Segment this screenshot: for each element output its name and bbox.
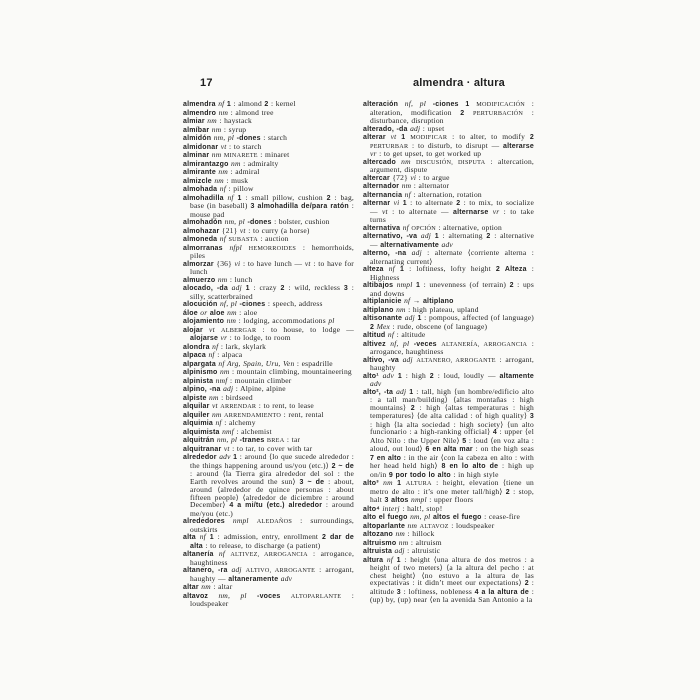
italic-label: vr — [370, 149, 377, 158]
bold-text: alpiste — [183, 395, 207, 402]
bold-text: almoneda — [183, 236, 217, 243]
small-caps-xref: HEMORROIDES — [249, 245, 296, 252]
small-caps-xref: ALTANERO, ARROGANTE — [416, 357, 495, 364]
bold-text: alta — [183, 534, 196, 541]
dictionary-entry: altavoz nm, pl -voces ALTOPARLANTE : lou… — [183, 592, 354, 608]
small-caps-xref: ALTIVEZ, ARROGANCIA — [230, 551, 307, 558]
dictionary-entry: almirantazgo nm : admiralty — [183, 160, 354, 169]
bold-text: alternador — [363, 183, 399, 190]
entry-columns: almendra nf 1 : almond 2 : kernelalmendr… — [183, 100, 535, 627]
bold-text: almiar — [183, 118, 205, 125]
bold-text: almohada — [183, 186, 217, 193]
bold-text: altitud — [363, 332, 385, 339]
bold-text: almizcle — [183, 178, 212, 185]
bold-text: alpargata — [183, 361, 216, 368]
plain-text: {36} — [214, 259, 235, 268]
small-caps-xref: PERTURBACIÓN — [473, 110, 523, 117]
dictionary-page: 17 almendra · altura almendra nf 1 : alm… — [0, 0, 700, 700]
plain-text: : to get upset, to get worked up — [377, 149, 482, 158]
plain-text: : small pillow, cushion — [242, 193, 327, 202]
bold-text: alternarse — [453, 209, 488, 216]
dictionary-entry: almidón nm, pl -dones : starch — [183, 134, 354, 143]
dictionary-entry: alteración nf, pl -ciones 1 MODIFICACIÓN… — [363, 100, 534, 125]
bold-text: aloe — [210, 310, 225, 317]
bold-text: altiplano — [363, 307, 394, 314]
bold-text: alto el fuego — [363, 514, 408, 521]
dictionary-entry: alquiler nm ARRENDAMIENTO : rent, rental — [183, 411, 354, 420]
guide-words: almendra · altura — [413, 77, 533, 90]
bold-text: almíbar — [183, 127, 209, 134]
left-column: almendra nf 1 : almond 2 : kernelalmendr… — [183, 100, 354, 627]
dictionary-entry: alocado, -da adj 1 : crazy 2 : wild, rec… — [183, 284, 354, 300]
italic-label: adj — [417, 231, 435, 240]
dictionary-entry: altozano nm : hillock — [363, 530, 534, 539]
plain-text: : to have lunch — — [240, 259, 305, 268]
bold-text: 2 — [460, 110, 473, 117]
italic-label: nmpl — [225, 516, 257, 525]
dictionary-entry: alto², -ta adj 1 : tall, high ⟨un hombre… — [363, 388, 534, 480]
dictionary-entry: alojar vt ALBERGAR : to house, to lodge … — [183, 326, 354, 343]
dictionary-entry: alta nf 1 : admission, entry, enrollment… — [183, 533, 354, 550]
bold-text: alquimia — [183, 420, 213, 427]
bold-text: 4 a mi/tu (etc.) alrededor — [229, 502, 322, 509]
dictionary-entry: altivo, -va adj ALTANERO, ARROGANTE : ar… — [363, 356, 534, 372]
italic-label: adj — [399, 355, 416, 364]
plain-text: : to alternate — — [388, 207, 453, 216]
bold-text: alquiler — [183, 412, 210, 419]
dictionary-entry: almohadilla nf 1 : small pillow, cushion… — [183, 194, 354, 219]
dictionary-entry: altanería nf ALTIVEZ, ARROGANCIA : arrog… — [183, 550, 354, 566]
italic-label: adj — [228, 565, 246, 574]
dictionary-entry: alterar vt 1 MODIFICAR : to alter, to mo… — [363, 133, 534, 158]
plain-text: : to starch — [227, 142, 262, 151]
bold-text: -voces — [257, 593, 280, 600]
dictionary-entry: alrededor adv 1 : around ⟨lo que sucede … — [183, 453, 354, 517]
page-number: 17 — [183, 77, 213, 90]
bold-text: alquitrán — [183, 437, 214, 444]
bold-text: altaneramente — [228, 576, 278, 583]
italic-label: interj — [380, 504, 400, 513]
bold-text: almohadón — [183, 219, 222, 226]
plain-text: : wild, reckless — [285, 283, 344, 292]
small-caps-xref: ALEDAÑOS — [257, 518, 292, 525]
plain-text: : unevenness (of terrain) — [420, 280, 509, 289]
italic-label: vr — [488, 207, 499, 216]
dictionary-entry: altisonante adj 1 : pompous, affected (o… — [363, 314, 534, 331]
dictionary-entry: altibajos nmpl 1 : unevenness (of terrai… — [363, 281, 534, 297]
running-head: 17 almendra · altura — [183, 77, 533, 90]
dictionary-entry: altruismo nm : altruism — [363, 539, 534, 548]
plain-text: : auction — [258, 234, 289, 243]
dictionary-entry: alterno, -na adj : alternate ⟨corriente … — [363, 249, 534, 265]
italic-label: nf — [400, 223, 411, 232]
plain-text: : loftiness, lofty height — [404, 264, 496, 273]
bold-text: altamente — [500, 373, 534, 380]
dictionary-entry: altanero, -ra adj ALTIVO, ARROGANTE : ar… — [183, 566, 354, 583]
plain-text: : rent, rental — [281, 410, 324, 419]
bold-text: alpaca — [183, 352, 206, 359]
italic-label: nm — [209, 150, 224, 159]
dictionary-entry: almirante nm : admiral — [183, 168, 354, 177]
bold-text: alquilar — [183, 403, 210, 410]
small-caps-xref: MODIFICACIÓN — [476, 101, 525, 108]
bold-text: altercar — [363, 175, 390, 182]
bold-text: alterar — [363, 134, 386, 141]
dictionary-entry: altivez nf, pl -veces ALTANERÍA, ARROGAN… — [363, 340, 534, 356]
dictionary-entry: alto¹ adv 1 : high 2 : loud, loudly — al… — [363, 372, 534, 388]
plain-text: : speech, address — [265, 299, 322, 308]
bold-text: alternativa — [363, 225, 400, 232]
small-caps-xref: ALTANERÍA, ARROGANCIA — [441, 341, 527, 348]
dictionary-entry: almizcle nm : musk — [183, 177, 354, 186]
italic-label: nm — [215, 275, 227, 284]
bold-text: almendra — [183, 101, 216, 108]
plain-text: : loudspeaker — [449, 521, 495, 530]
plain-text: : starch — [261, 133, 287, 142]
small-caps-xref: ARRENDAR — [220, 403, 256, 410]
bold-text: 3 almohadilla de/para ratón — [250, 203, 348, 210]
bold-text: alto⁴ — [363, 506, 380, 513]
italic-label: nm — [224, 316, 236, 325]
dictionary-entry: almorranas nfpl HEMORROIDES : hemorrhoid… — [183, 244, 354, 260]
bold-text: alquitranar — [183, 446, 221, 453]
right-column: alteración nf, pl -ciones 1 MODIFICACIÓN… — [363, 100, 534, 627]
dictionary-entry: almorzar {36} vi : to have lunch — vt : … — [183, 260, 354, 276]
dictionary-entry: altercado nm DISCUSIÓN, DISPUTA : alterc… — [363, 158, 534, 174]
plain-text: : birdseed — [219, 393, 253, 402]
dictionary-entry: alternativo, -va adj 1 : alternating 2 :… — [363, 232, 534, 249]
italic-label: nfpl — [223, 243, 249, 252]
plain-text: : upset — [420, 124, 444, 133]
italic-label: or — [198, 308, 210, 317]
italic-label: adv — [278, 574, 292, 583]
bold-text: altozano — [363, 531, 393, 538]
bold-text: 2 Alteza — [496, 266, 527, 273]
bold-text: almohazar — [183, 228, 219, 235]
plain-text — [280, 591, 290, 600]
italic-label: adv — [370, 379, 381, 388]
dictionary-entry: alquimista nmf : alchemist — [183, 428, 354, 437]
bold-text: alojar — [183, 327, 203, 334]
dictionary-entry: alto³ nm 1 ALTURA : height, elevation ⟨t… — [363, 479, 534, 505]
italic-label: vt — [386, 132, 401, 141]
italic-label: adj — [408, 124, 421, 133]
dictionary-entry: alteza nf 1 : loftiness, lofty height 2 … — [363, 265, 534, 281]
italic-label: nf — [206, 350, 215, 359]
small-caps-xref: ALTOPARLANTE — [291, 593, 342, 600]
plain-text: : loud, loudly — — [434, 371, 500, 380]
dictionary-entry: altoparlante nm ALTAVOZ : loudspeaker — [363, 522, 534, 531]
plain-text: : crazy — [250, 283, 281, 292]
dictionary-entry: altura nf 1 : height ⟨una altura de dos … — [363, 556, 534, 604]
bold-text: áloe — [183, 310, 198, 317]
italic-label: adv — [379, 371, 398, 380]
bold-text: alminar — [183, 152, 209, 159]
bold-text: 2 — [530, 134, 534, 141]
bold-text: almuerzo — [183, 277, 215, 284]
bold-text: alterarse — [503, 143, 534, 150]
dictionary-entry: alrededores nmpl ALEDAÑOS : surroundings… — [183, 517, 354, 533]
bold-text: altar — [183, 584, 199, 591]
bold-text: almidón — [183, 135, 211, 142]
dictionary-entry: alternar vi 1 : to alternate 2 : to mix,… — [363, 199, 534, 224]
plain-text: : high — [402, 371, 430, 380]
bold-text: alpinista — [183, 378, 213, 385]
